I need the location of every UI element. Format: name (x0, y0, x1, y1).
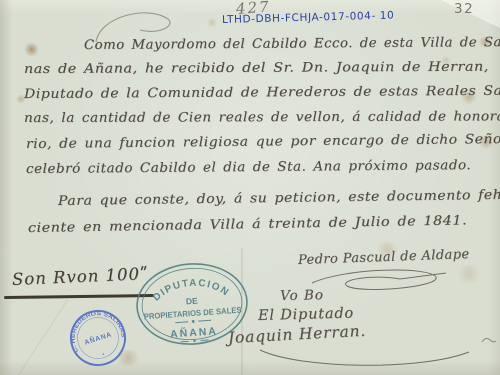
body-line-1: Como Mayordomo del Cabildo Ecco. de esta… (84, 35, 500, 53)
visto-bueno: Vo Bo (280, 287, 324, 304)
body-line-2: nas de Añana, he recibido del Sr. Dn. Jo… (24, 60, 489, 77)
round-stamp-ring-text: C. HEREDEROS SALINAS (63, 304, 126, 354)
round-stamp-center-text: AÑANA (83, 329, 113, 346)
round-stamp-ornament: * (102, 353, 107, 360)
signature-rubric (312, 270, 446, 289)
oval-stamp-line2: DE (186, 296, 199, 307)
countersignature-rubric (260, 350, 469, 365)
edge-pencil-mark (482, 338, 496, 342)
oval-stamp: DIPUTACION DE PROPIETARIOS DE SALES AÑAN… (131, 257, 253, 351)
signatory-title: El Diputado (258, 305, 354, 324)
body-line-4: nas, la cantidad de Cien reales de vello… (24, 109, 500, 126)
oval-stamp-line4: AÑANA (170, 324, 219, 340)
corner-page-number: 32 (454, 1, 474, 17)
scanned-document-page: 427 LTHD-DBH-FCHJA-017-004- 10 32 Como M… (0, 0, 500, 375)
oval-stamp-line3: PROPIETARIOS DE SALES (143, 306, 242, 322)
